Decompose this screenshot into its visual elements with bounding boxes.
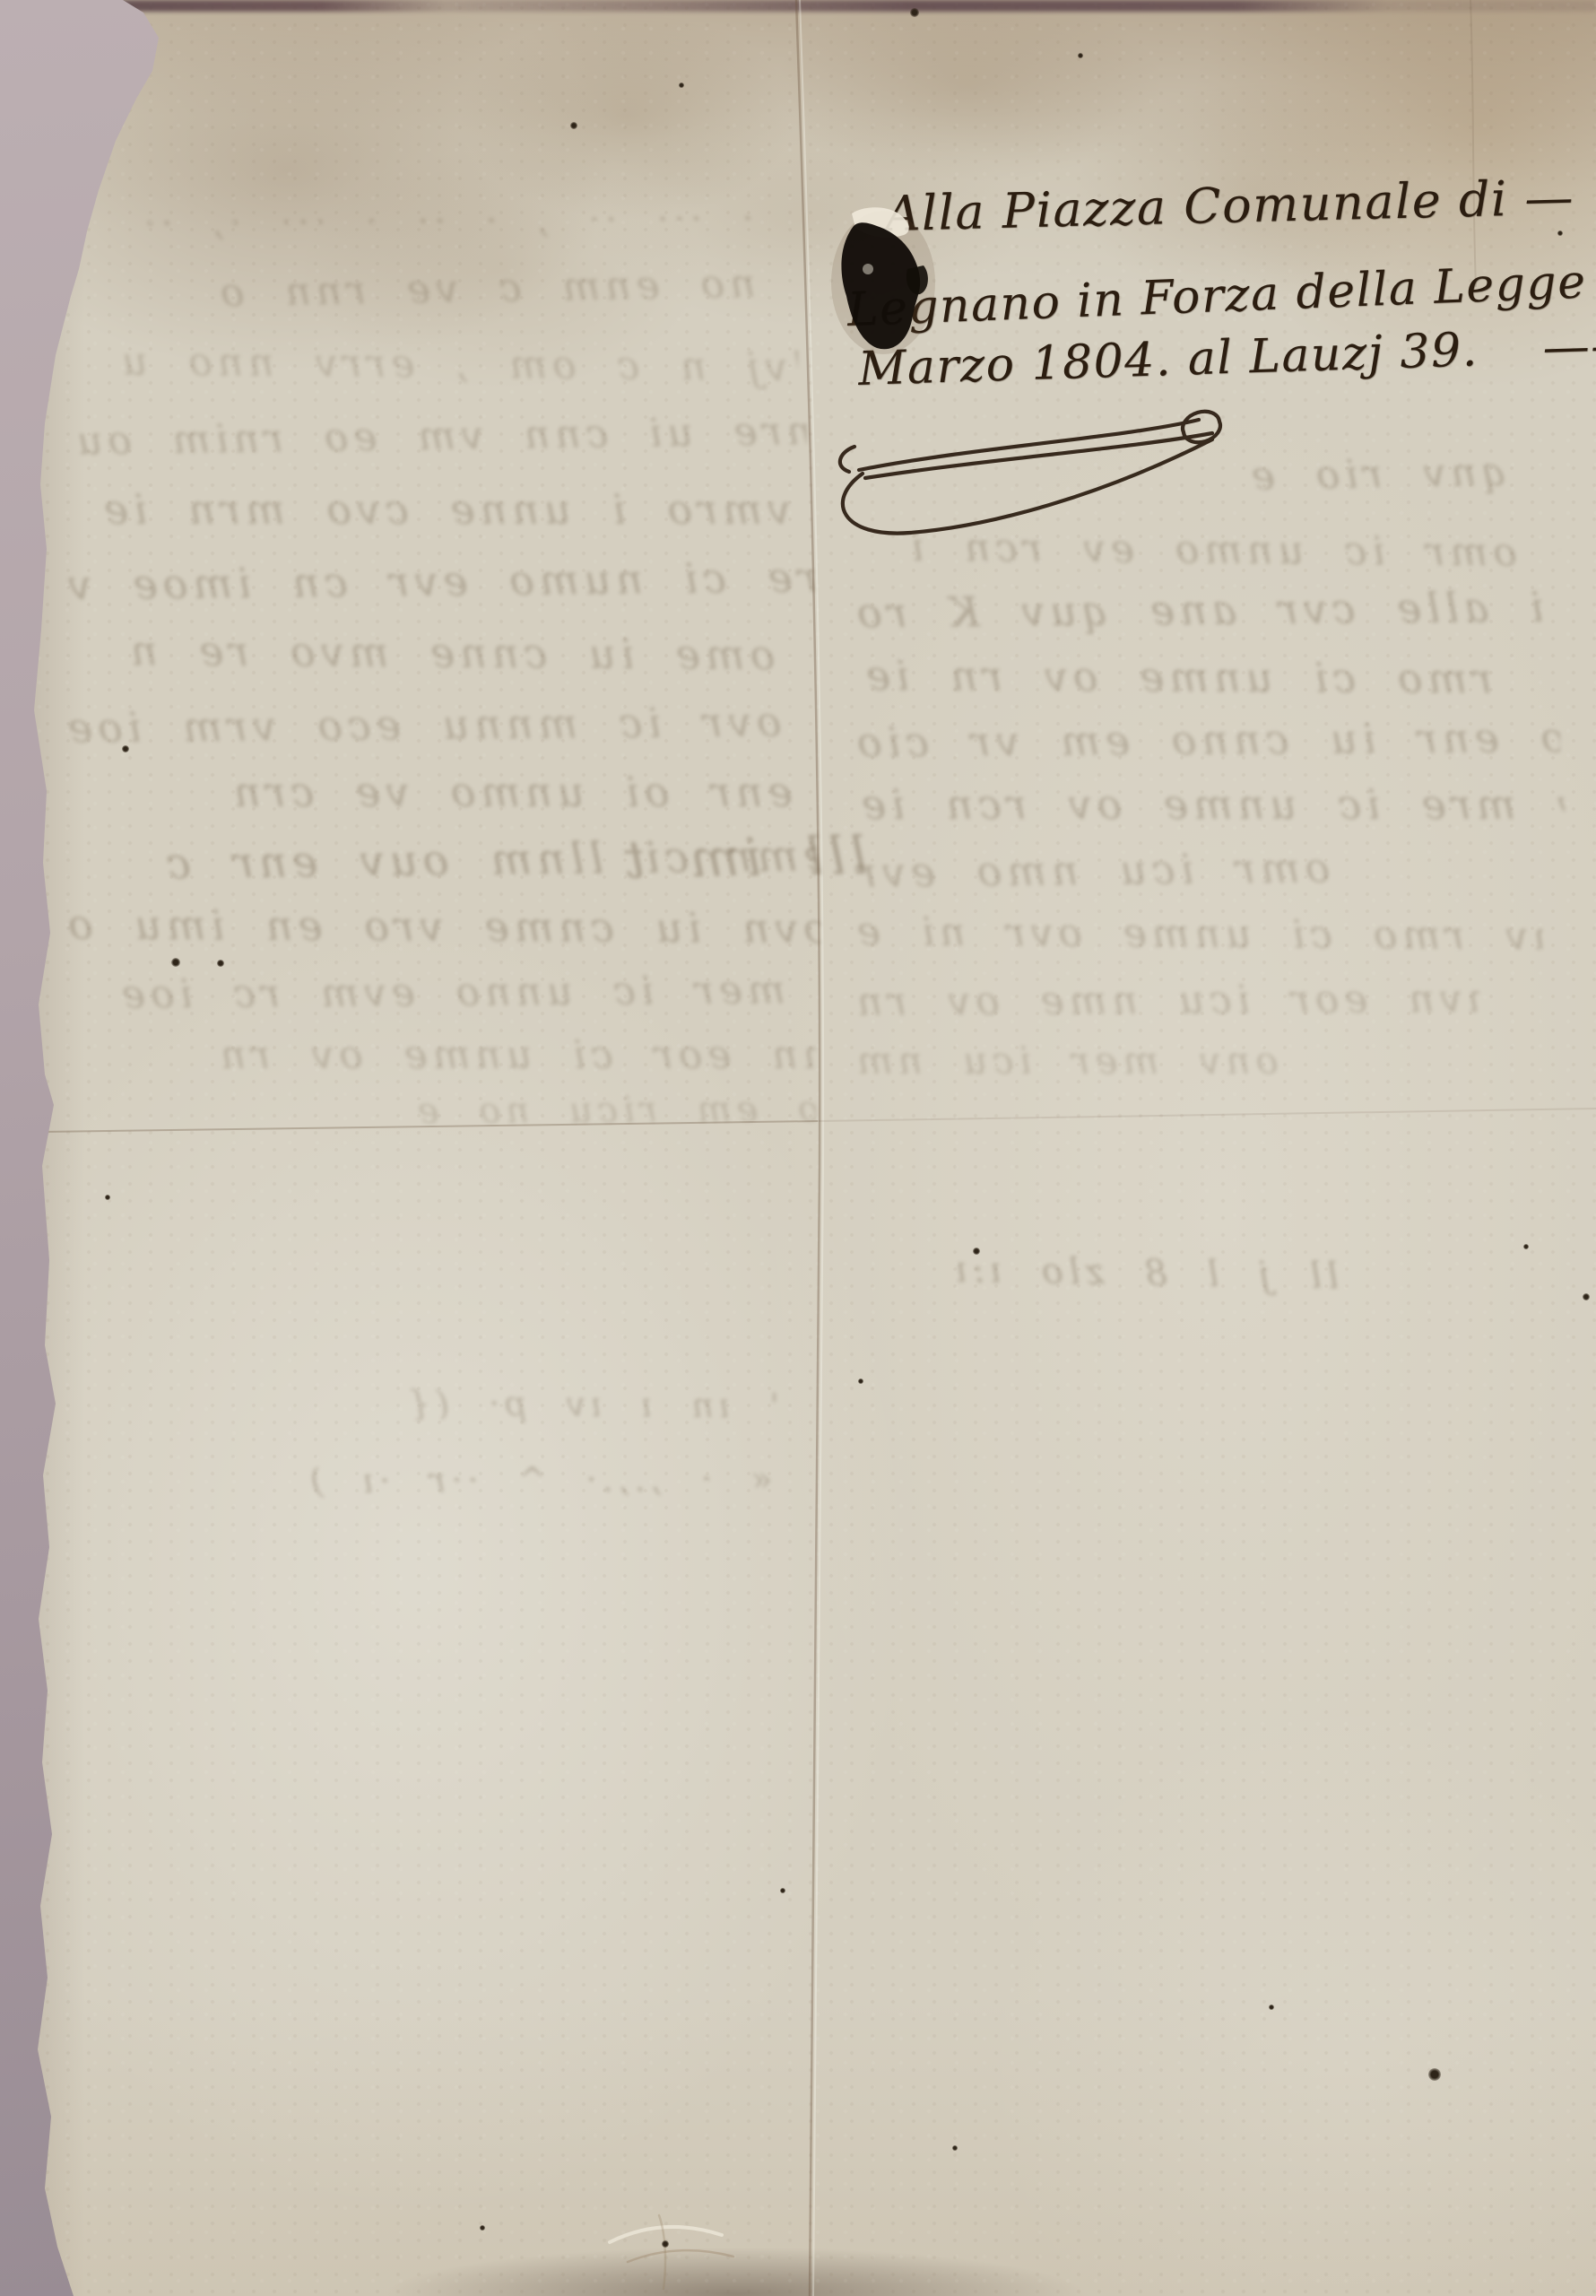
manuscript-page: · ·· ·, · ··· ·· , · ·· · ··· ·, ··iz P …	[0, 0, 1596, 2296]
ink-speck	[480, 2225, 485, 2231]
ink-speck	[910, 8, 919, 17]
ink-speck	[1583, 1293, 1590, 1300]
ink-speck	[858, 1378, 863, 1384]
ink-speck	[952, 2145, 958, 2151]
ink-speck	[1269, 2005, 1274, 2010]
ink-speck	[171, 958, 180, 967]
ink-speck	[1557, 230, 1563, 236]
ink-speck	[1428, 2068, 1441, 2081]
ink-speck	[105, 1195, 110, 1200]
ink-specks-layer	[0, 0, 1596, 2296]
ink-speck	[1078, 53, 1083, 58]
ink-speck	[780, 1888, 785, 1893]
ink-speck	[1523, 1244, 1529, 1249]
ink-speck	[570, 122, 577, 129]
photo-background: · ·· ·, · ··· ·· , · ·· · ··· ·, ··iz P …	[0, 0, 1596, 2296]
ink-speck	[122, 745, 129, 752]
ink-speck	[679, 83, 684, 88]
ink-speck	[217, 960, 224, 967]
ink-speck	[973, 1248, 980, 1255]
ink-speck	[662, 2240, 669, 2248]
